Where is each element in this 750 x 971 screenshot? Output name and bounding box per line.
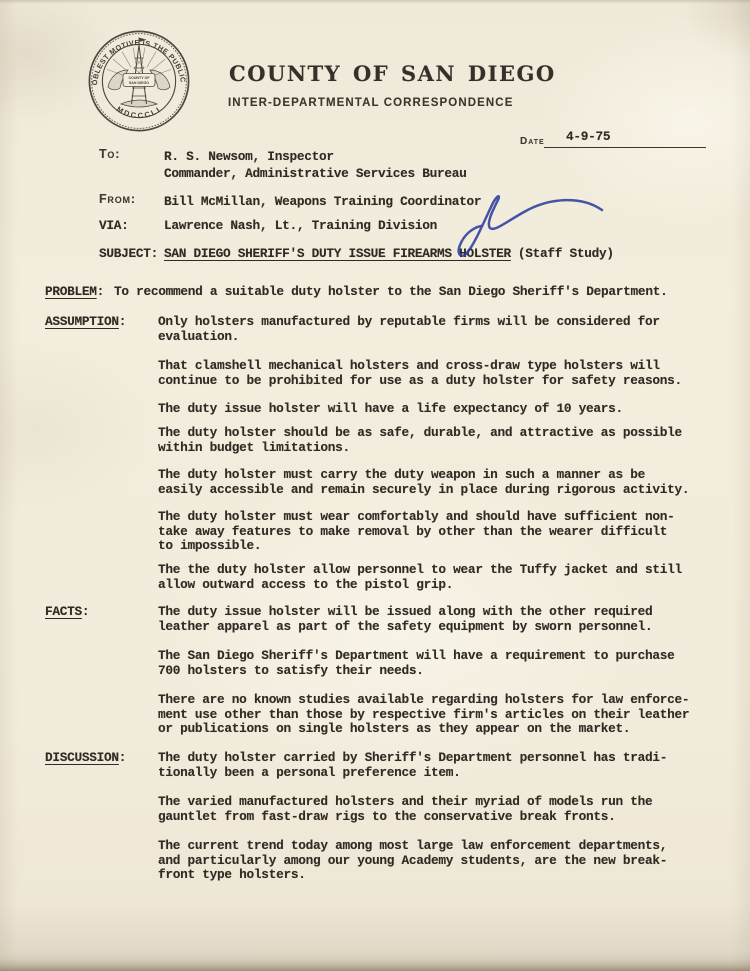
problem-label-colon: : bbox=[97, 284, 104, 299]
assumption-label-text: ASSUMPTION bbox=[45, 314, 119, 329]
facts-label-text: FACTS bbox=[45, 604, 82, 619]
county-seal: THE NOBLEST MOTIVE IS THE PUBLIC GOOD MD… bbox=[88, 30, 190, 132]
seal-base-icon bbox=[121, 100, 157, 107]
seal-banner-line2: SAN DIEGO bbox=[129, 81, 149, 85]
subject-title: SAN DIEGO SHERIFF'S DUTY ISSUE FIREARMS … bbox=[164, 246, 511, 261]
facts-paragraph-2: The San Diego Sheriff's Department will … bbox=[158, 649, 720, 678]
assumption-label-colon: : bbox=[119, 314, 126, 329]
discussion-label-text: DISCUSSION bbox=[45, 750, 119, 765]
subject-suffix: (Staff Study) bbox=[518, 246, 614, 261]
discussion-paragraph-3: The current trend today among most large… bbox=[158, 839, 720, 883]
assumption-paragraph-1: Only holsters manufactured by reputable … bbox=[158, 315, 720, 344]
discussion-section-label: DISCUSSION: bbox=[45, 751, 126, 766]
from-label: From: bbox=[99, 192, 136, 206]
date-label: Date bbox=[520, 136, 545, 147]
facts-section-label: FACTS: bbox=[45, 605, 89, 620]
facts-paragraph-1: The duty issue holster will be issued al… bbox=[158, 605, 720, 634]
doc-type-subtitle: INTER-DEPARTMENTAL CORRESPONDENCE bbox=[228, 97, 513, 109]
assumption-paragraph-7: The the duty holster allow personnel to … bbox=[158, 563, 720, 592]
subject-value: SAN DIEGO SHERIFF'S DUTY ISSUE FIREARMS … bbox=[164, 247, 614, 262]
discussion-label-colon: : bbox=[119, 750, 126, 765]
agency-title: COUNTY OF SAN DIEGO bbox=[229, 61, 556, 86]
problem-label-text: PROBLEM bbox=[45, 284, 97, 299]
assumption-paragraph-5: The duty holster must carry the duty wea… bbox=[158, 468, 720, 497]
date-underline: 4-9-75 bbox=[544, 132, 706, 148]
facts-paragraph-3: There are no known studies available reg… bbox=[158, 693, 720, 737]
to-label: To: bbox=[99, 147, 120, 161]
assumption-paragraph-4: The duty holster should be as safe, dura… bbox=[158, 426, 720, 455]
subject-label: SUBJECT: bbox=[99, 247, 158, 262]
memo-document-page: THE NOBLEST MOTIVE IS THE PUBLIC GOOD MD… bbox=[0, 0, 750, 971]
discussion-paragraph-1: The duty holster carried by Sheriff's De… bbox=[158, 751, 720, 780]
seal-banner: COUNTY OF SAN DIEGO bbox=[123, 74, 155, 87]
assumption-paragraph-3: The duty issue holster will have a life … bbox=[158, 402, 720, 417]
seal-tower-icon bbox=[132, 38, 147, 104]
date-value: 4-9-75 bbox=[566, 130, 610, 145]
facts-label-colon: : bbox=[82, 604, 89, 619]
via-value: Lawrence Nash, Lt., Training Division bbox=[164, 219, 437, 234]
via-label: VIA: bbox=[99, 219, 129, 234]
to-value: R. S. Newsom, Inspector Commander, Admin… bbox=[164, 148, 467, 182]
assumption-paragraph-6: The duty holster must wear comfortably a… bbox=[158, 510, 720, 554]
from-value: Bill McMillan, Weapons Training Coordina… bbox=[164, 193, 481, 210]
problem-text: To recommend a suitable duty holster to … bbox=[114, 285, 667, 300]
discussion-paragraph-2: The varied manufactured holsters and the… bbox=[158, 795, 720, 824]
problem-section-label: PROBLEM: bbox=[45, 285, 104, 300]
assumption-section-label: ASSUMPTION: bbox=[45, 315, 126, 330]
assumption-paragraph-2: That clamshell mechanical holsters and c… bbox=[158, 359, 720, 388]
seal-banner-line1: COUNTY OF bbox=[128, 76, 150, 80]
